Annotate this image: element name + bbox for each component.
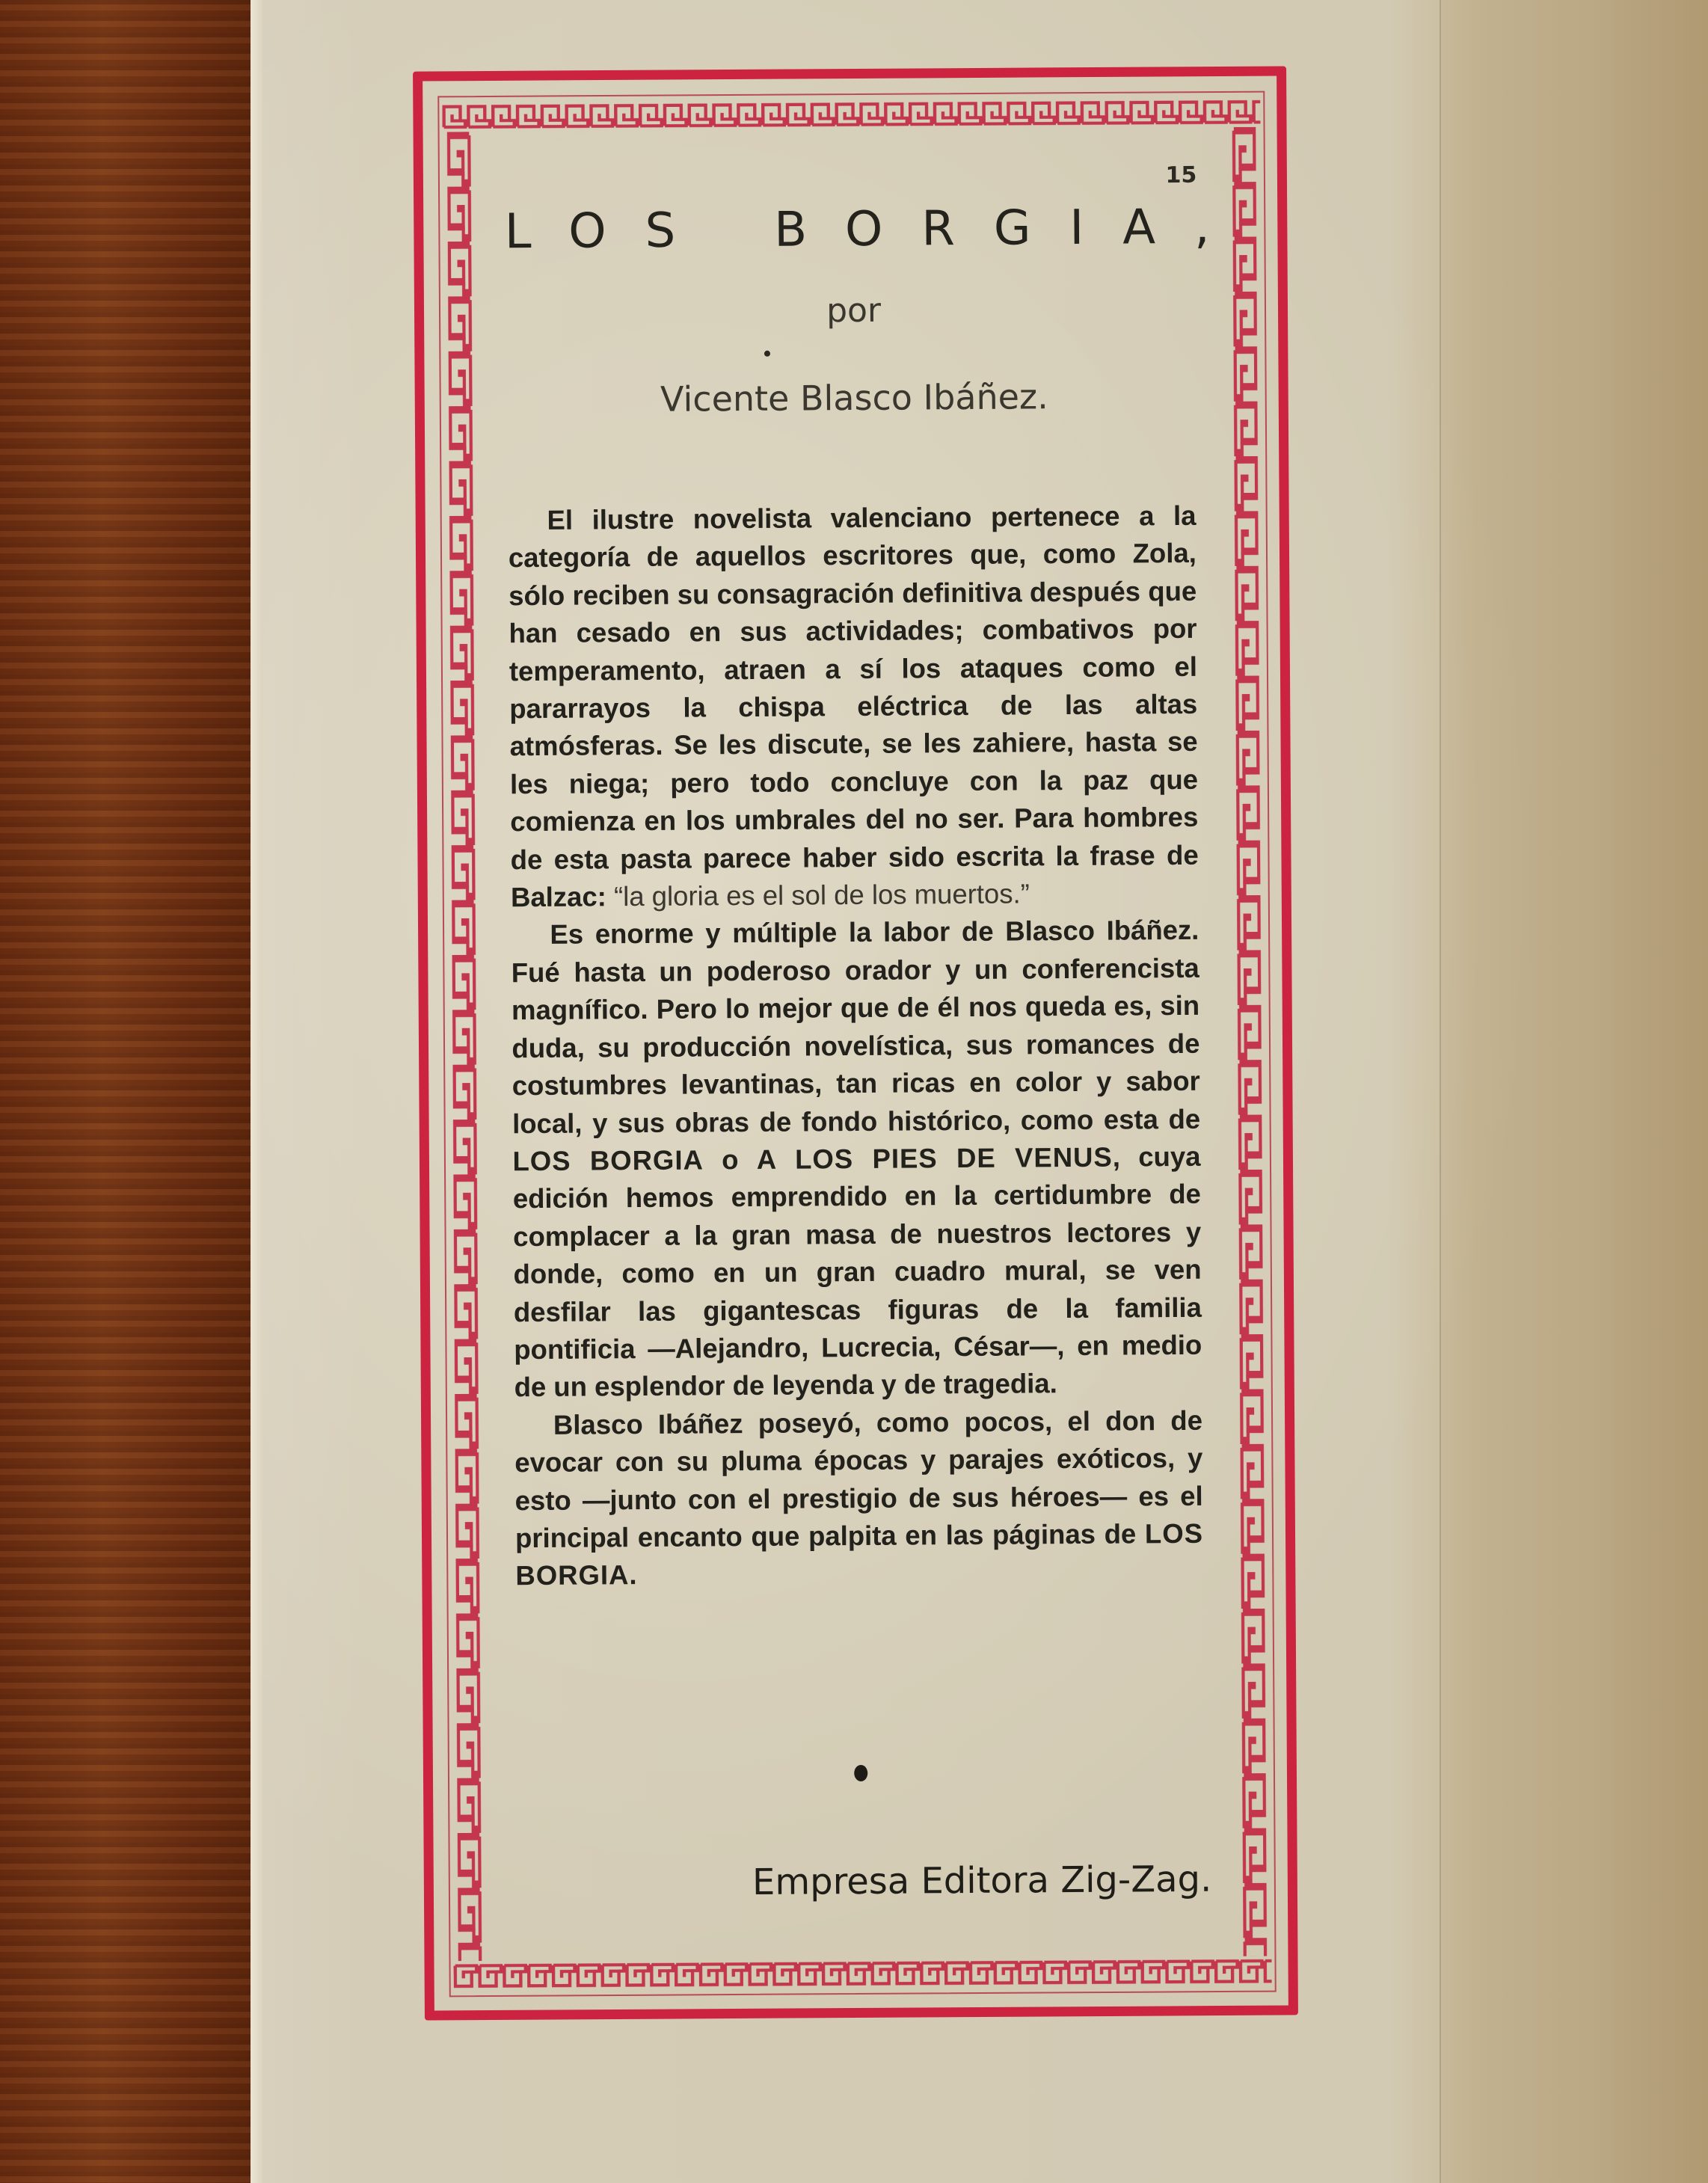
greek-key-border-right-icon xyxy=(1229,127,1272,1956)
page-edge xyxy=(251,0,262,2183)
paragraph-2: Es enorme y múltiple la labor de Blasco … xyxy=(511,912,1202,1407)
paragraph-1: El ilustre novelista valenciano pertenec… xyxy=(508,497,1199,917)
title-word-borgia: BORGIA, xyxy=(774,199,1249,257)
ink-dot-icon xyxy=(764,351,770,357)
book-title-reference: LOS BORGIA xyxy=(512,1144,704,1176)
balzac-quote: “la gloria es el sol de los muertos.” xyxy=(614,878,1030,912)
paragraph-2-rest: , cuya edición hemos emprendido en la ce… xyxy=(513,1141,1202,1403)
by-label: por xyxy=(494,289,1212,333)
bullet-dot-icon xyxy=(854,1765,867,1781)
connector-text: o xyxy=(704,1144,757,1175)
page-fold-line xyxy=(1440,0,1441,2183)
paragraph-3: Blasco Ibáñez poseyó, como pocos, el don… xyxy=(514,1402,1204,1595)
page-number: 15 xyxy=(1165,162,1196,188)
greek-key-border-top-icon xyxy=(442,96,1260,132)
title-word-los: LOS xyxy=(505,203,715,260)
adjacent-page-shade xyxy=(1441,0,1708,2183)
greek-key-border-bottom-icon xyxy=(453,1956,1271,1993)
paragraph-3-end: . xyxy=(629,1559,636,1590)
publisher-name: Empresa Editora Zig-Zag. xyxy=(752,1858,1212,1903)
paragraph-2-text: Es enorme y múltiple la labor de Blasco … xyxy=(512,915,1201,1138)
alt-title-reference: A LOS PIES DE VENUS xyxy=(757,1142,1113,1175)
intro-text: El ilustre novelista valenciano pertenec… xyxy=(508,497,1203,1595)
author-name: Vicente Blasco Ibáñez. xyxy=(495,375,1213,421)
paragraph-3-text: Blasco Ibáñez poseyó, como pocos, el don… xyxy=(514,1405,1203,1554)
book-title: LOSBORGIA, xyxy=(505,200,1185,260)
greek-key-border-left-icon xyxy=(443,132,485,1961)
wooden-table-background xyxy=(0,0,258,2183)
paragraph-1-text: El ilustre novelista valenciano pertenec… xyxy=(509,500,1199,912)
